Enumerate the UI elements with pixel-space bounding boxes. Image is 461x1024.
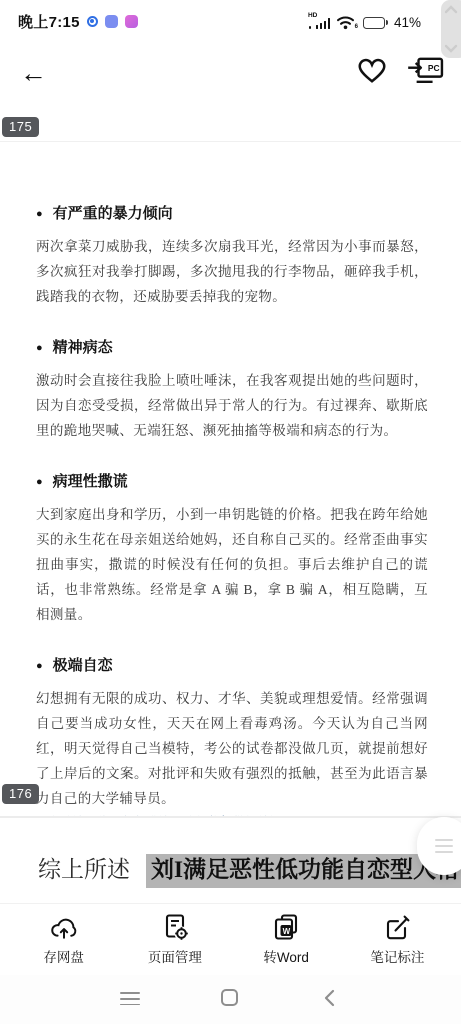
- phone-screen: 晚上7:15 HD 6 41%: [0, 0, 461, 1024]
- tool-label: 笔记标注: [370, 946, 424, 966]
- convert-word-button[interactable]: W 转Word: [247, 913, 325, 966]
- wifi6-badge: 6: [355, 24, 358, 30]
- section-body: 两次拿菜刀威胁我，连续多次扇我耳光，经常因为小事而暴怒，多次疯狂对我拳打脚踢，多…: [36, 234, 428, 309]
- app-notification-icon-2: [125, 15, 138, 28]
- note-annotate-button[interactable]: 笔记标注: [358, 913, 436, 966]
- app-nav-bar: ← PC: [0, 50, 461, 96]
- bullet-icon: ●: [36, 476, 43, 488]
- system-nav-bar: [0, 975, 461, 1024]
- status-left: 晚上7:15: [18, 11, 138, 32]
- doc-section-violence: ●有严重的暴力倾向 两次拿菜刀威胁我，连续多次扇我耳光，经常因为小事而暴怒，多次…: [36, 202, 428, 309]
- convert-word-icon: W: [271, 913, 301, 941]
- doc-section-psychopathy: ●精神病态 激动时会直接往我脸上喷吐唾沫，在我客观提出她的些问题时，因为自恋受受…: [36, 336, 428, 443]
- bullet-icon: ●: [36, 208, 43, 220]
- page-manage-button[interactable]: 页面管理: [136, 913, 214, 966]
- conclusion-prefix: 综上所述: [38, 857, 130, 882]
- notification-dot-icon: [87, 16, 98, 27]
- clock: 晚上7:15: [18, 11, 80, 32]
- section-heading: ●极端自恋: [36, 654, 428, 675]
- highlighted-text: 刘I满足恶性低功能自恋型人格: [146, 854, 461, 888]
- nav-menu-icon[interactable]: [120, 989, 140, 1005]
- svg-text:PC: PC: [428, 63, 440, 73]
- bottom-toolbar: 存网盘 页面管理: [0, 903, 461, 975]
- section-body: 幻想拥有无限的成功、权力、才华、美貌或理想爱情。经常强调自己要当成功女性，天天在…: [36, 686, 428, 811]
- status-bar: 晚上7:15 HD 6 41%: [0, 6, 461, 36]
- doc-section-lying: ●病理性撒谎 大到家庭出身和学历，小到一串钥匙链的价格。把我在跨年给她买的永生花…: [36, 470, 428, 627]
- section-heading: ●精神病态: [36, 336, 428, 357]
- next-page-text: 综上所述刘I满足恶性低功能自恋型人格: [38, 851, 461, 884]
- bullet-icon: ●: [36, 342, 43, 354]
- status-right: HD 6 41%: [308, 13, 447, 30]
- tool-label: 转Word: [263, 946, 309, 966]
- tool-label: 存网盘: [43, 946, 84, 966]
- back-arrow-icon[interactable]: ←: [20, 60, 47, 87]
- battery-icon: [363, 17, 388, 29]
- tool-label: 页面管理: [148, 946, 202, 966]
- page-manage-icon: [160, 913, 190, 941]
- favorite-heart-icon[interactable]: [357, 57, 387, 90]
- note-annotate-icon: [382, 913, 412, 941]
- bullet-icon: ●: [36, 660, 43, 672]
- page-number-badge-next: 176: [2, 784, 39, 804]
- wifi-icon: 6: [336, 14, 357, 30]
- section-heading: ●病理性撒谎: [36, 470, 428, 491]
- save-to-cloud-button[interactable]: 存网盘: [25, 913, 103, 966]
- floating-menu-button[interactable]: [417, 817, 461, 875]
- cellular-signal-icon: HD: [308, 13, 330, 30]
- nav-home-icon[interactable]: [221, 989, 238, 1006]
- document-page: ●有严重的暴力倾向 两次拿菜刀威胁我，连续多次扇我耳光，经常因为小事而暴怒，多次…: [0, 141, 461, 815]
- battery-percent: 41%: [394, 15, 421, 30]
- page-number-badge: 175: [2, 117, 39, 137]
- app-notification-icon: [105, 15, 118, 28]
- section-body: 激动时会直接往我脸上喷吐唾沫，在我客观提出她的些问题时，因为自恋受受损，经常做出…: [36, 368, 428, 443]
- svg-text:W: W: [283, 927, 291, 936]
- cloud-upload-icon: [49, 913, 79, 941]
- send-to-pc-icon[interactable]: PC: [407, 56, 445, 91]
- section-body: 大到家庭出身和学历，小到一串钥匙链的价格。把我在跨年给她买的永生花在母亲姐送给她…: [36, 502, 428, 627]
- doc-section-narcissism: ●极端自恋 幻想拥有无限的成功、权力、才华、美貌或理想爱情。经常强调自己要当成功…: [36, 654, 428, 811]
- next-document-page: 综上所述刘I满足恶性低功能自恋型人格: [0, 816, 461, 903]
- chevron-up-icon: [444, 5, 458, 14]
- section-heading: ●有严重的暴力倾向: [36, 202, 428, 223]
- nav-back-icon[interactable]: [324, 989, 335, 1012]
